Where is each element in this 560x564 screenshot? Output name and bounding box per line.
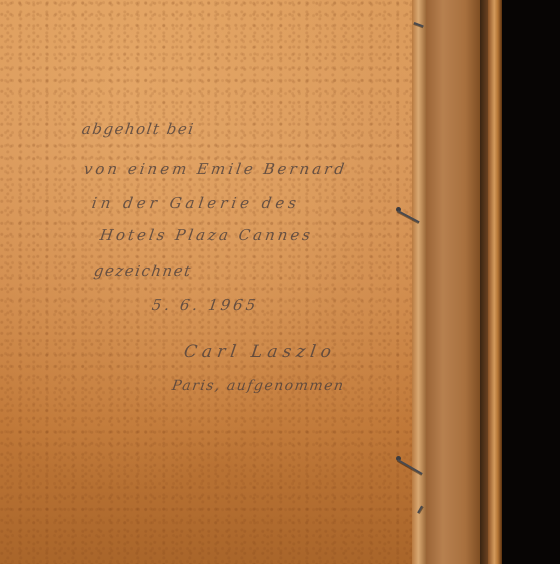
inscription-line: gezeichnet: [93, 262, 193, 280]
inscription-date: 5. 6. 1965: [151, 296, 260, 314]
frame-inner-wood: [426, 0, 482, 564]
handwritten-inscription: abgeholt bei von einem Emile Bernard in …: [0, 0, 418, 564]
inscription-line: Hotels Plaza Cannes: [99, 226, 315, 244]
inscription-line: in der Galerie des: [91, 194, 302, 212]
inscription-line: von einem Emile Bernard: [83, 160, 349, 178]
frame-gilt-rail: [488, 0, 502, 564]
frame-groove: [480, 0, 488, 564]
photograph: abgeholt bei von einem Emile Bernard in …: [0, 0, 560, 564]
dark-backdrop: [502, 0, 560, 564]
inscription-line: Paris, aufgenommen: [171, 378, 346, 394]
inscription-signature: Carl Laszlo: [183, 342, 338, 362]
inscription-line: abgeholt bei: [81, 120, 196, 138]
